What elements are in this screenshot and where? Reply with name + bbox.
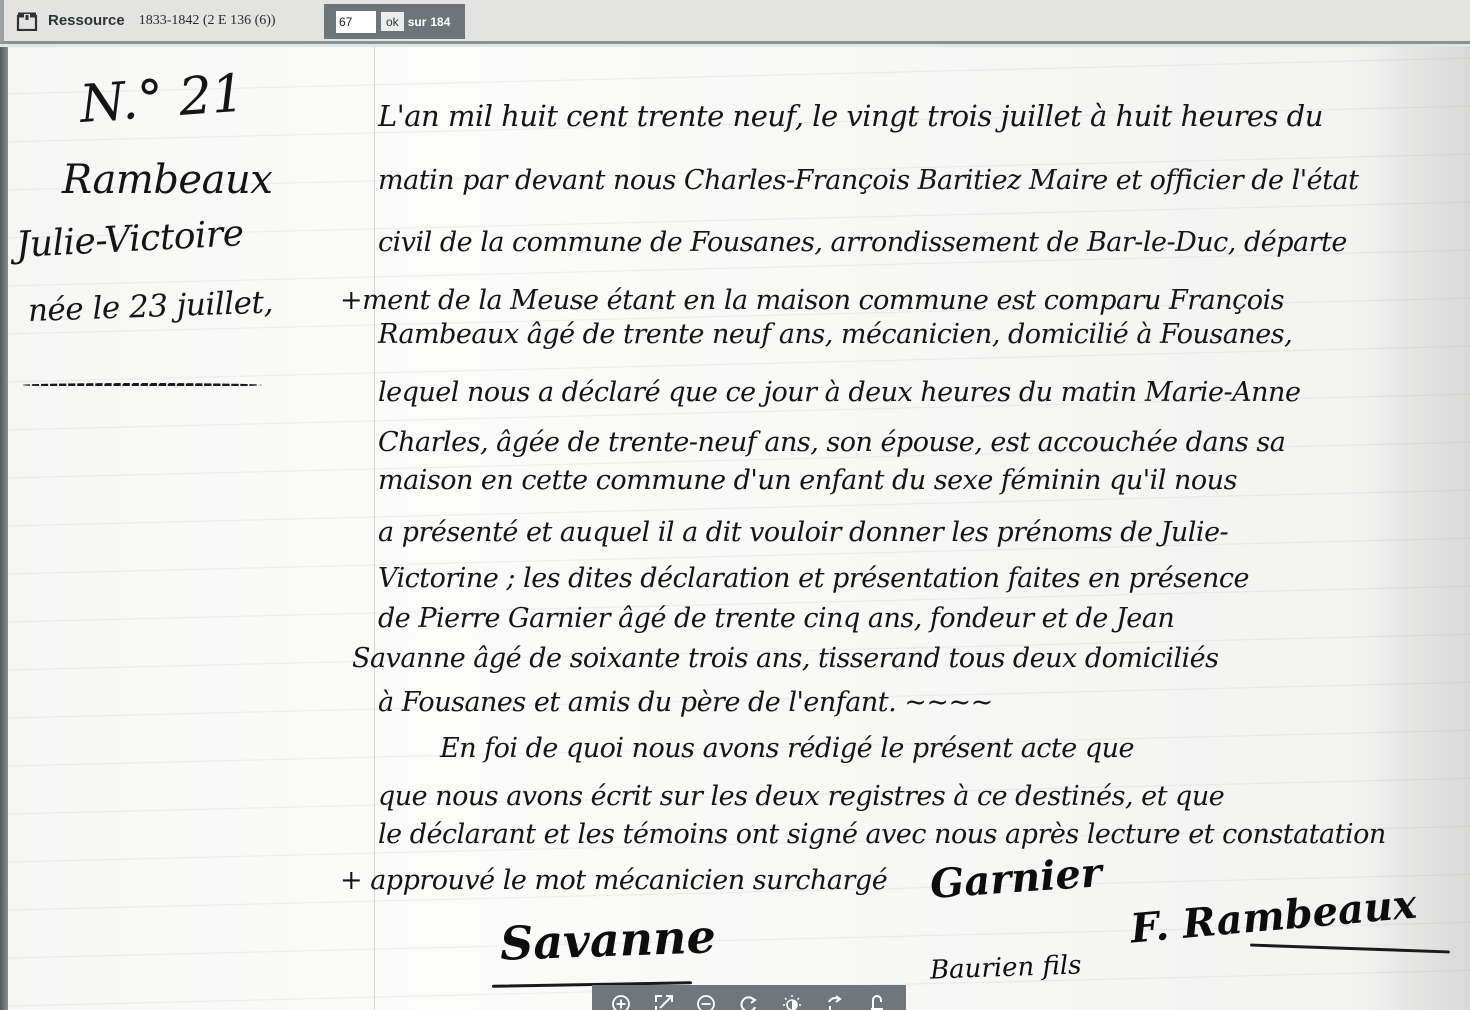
lock-button[interactable] <box>866 993 888 1010</box>
act-line: Rambeaux âgé de trente neuf ans, mécanic… <box>378 319 1292 350</box>
fullscreen-icon <box>654 994 674 1010</box>
act-line: que nous avons écrit sur les deux regist… <box>378 781 1224 812</box>
signature-savanne: Savanne <box>499 909 716 970</box>
act-line: le déclarant et les témoins ont signé av… <box>378 819 1386 850</box>
signature-mayor: Baurien fils <box>930 950 1082 985</box>
brightness-icon <box>782 994 802 1010</box>
act-line: à Fousanes et amis du père de l'enfant. … <box>378 687 993 718</box>
fit-to-screen-button[interactable] <box>653 993 675 1010</box>
margin-act-number: N.° 21 <box>78 64 246 135</box>
margin-given-names: Julie-Victoire <box>15 213 245 266</box>
act-line: lequel nous a déclaré que ce jour à deux… <box>378 377 1300 408</box>
resource-header: Ressource 1833-1842 (2 E 136 (6)) ok sur… <box>0 0 1470 44</box>
resource-title: Ressource <box>48 12 125 29</box>
act-line: de Pierre Garnier âgé de trente cinq ans… <box>378 603 1174 634</box>
act-line: Charles, âgée de trente-neuf ans, son ép… <box>378 427 1285 458</box>
archive-viewer: Ressource 1833-1842 (2 E 136 (6)) ok sur… <box>0 0 1470 1010</box>
page-total-count: 184 <box>430 15 450 29</box>
image-toolbar <box>592 985 906 1010</box>
page-edge-shadow <box>0 47 8 1010</box>
margin-birth-note: née le 23 juillet, <box>27 284 273 329</box>
zoom-in-icon <box>611 994 631 1010</box>
signature-rambeaux: F. Rambeaux <box>1128 881 1418 953</box>
act-line: maison en cette commune d'un enfant du s… <box>378 465 1237 496</box>
act-line: civil de la commune de Fousanes, arrondi… <box>378 227 1347 258</box>
act-line: +ment de la Meuse étant en la maison com… <box>340 285 1284 316</box>
go-to-page-button[interactable]: ok <box>381 12 404 31</box>
rotate-left-button[interactable] <box>738 993 760 1010</box>
archive-box-icon <box>16 11 38 31</box>
signature-garnier: Garnier <box>929 849 1104 908</box>
act-line: En foi de quoi nous avons rédigé le prés… <box>440 733 1134 764</box>
rotate-right-button[interactable] <box>823 993 845 1010</box>
zoom-in-button[interactable] <box>610 993 632 1010</box>
margin-surname: Rambeaux <box>62 157 272 203</box>
act-line: a présenté et auquel il a dit vouloir do… <box>378 517 1228 548</box>
page-total: sur184 <box>408 15 451 29</box>
page-navigator: ok sur184 <box>324 4 465 39</box>
margin-flourish <box>22 383 262 387</box>
page-number-input[interactable] <box>336 11 376 33</box>
signature-underline <box>1250 944 1450 954</box>
document-scan[interactable]: N.° 21 Rambeaux Julie-Victoire née le 23… <box>0 47 1470 1010</box>
act-line: matin par devant nous Charles-François B… <box>378 165 1358 196</box>
act-line: L'an mil huit cent trente neuf, le vingt… <box>378 99 1323 133</box>
rotate-left-icon <box>739 994 759 1010</box>
act-line: Victorine ; les dites déclaration et pré… <box>378 563 1249 594</box>
page-total-prefix: sur <box>408 15 427 29</box>
zoom-out-button[interactable] <box>695 993 717 1010</box>
resource-range: 1833-1842 (2 E 136 (6)) <box>139 13 276 29</box>
act-line: Savanne âgé de soixante trois ans, tisse… <box>352 643 1219 674</box>
unlock-icon <box>867 994 887 1010</box>
brightness-button[interactable] <box>781 993 803 1010</box>
act-line: + approuvé le mot mécanicien surchargé <box>340 865 887 896</box>
rotate-right-icon <box>824 994 844 1010</box>
zoom-out-icon <box>696 994 716 1010</box>
